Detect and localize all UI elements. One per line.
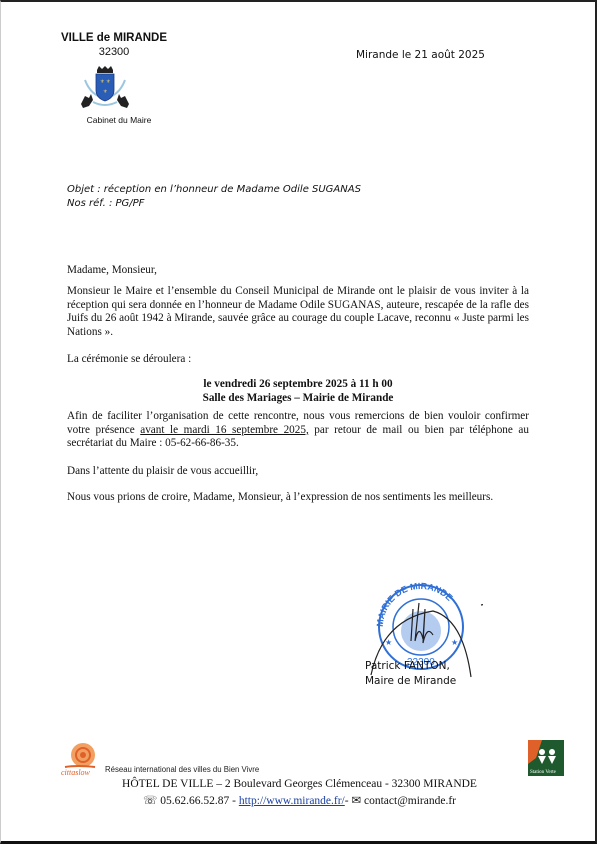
svg-text:⚜: ⚜: [106, 79, 110, 85]
closing-line-2: Nous vous prions de croire, Madame, Mons…: [67, 491, 529, 505]
mail-icon: ✉: [351, 795, 361, 807]
office-name: Cabinet du Maire: [59, 115, 179, 125]
town-name: VILLE de MIRANDE: [59, 32, 169, 44]
subject-line: Objet : réception en l’honneur de Madame…: [67, 183, 361, 197]
website-link[interactable]: http://www.mirande.fr/: [239, 795, 345, 807]
svg-text:★: ★: [451, 638, 458, 647]
reference-line: Nos réf. : PG/PF: [67, 197, 361, 211]
station-verte-logo-icon: Station Verte: [528, 740, 564, 776]
ceremony-intro: La cérémonie se déroulera :: [67, 353, 529, 367]
paragraph-rsvp: Afin de faciliter l’organisation de cett…: [67, 410, 529, 451]
signatory-title: Maire de Mirande: [365, 674, 456, 689]
footer-phone: 05.62.66.52.87: [160, 795, 229, 807]
cittaslow-snail-icon: cittaslow: [61, 737, 101, 775]
footer-contact: ☏ 05.62.66.52.87 - http://www.mirande.fr…: [1, 793, 597, 807]
town-postcode: 32300: [59, 46, 169, 58]
salutation: Madame, Monsieur,: [67, 264, 529, 278]
closing-line-1: Dans l’attente du plaisir de vous accuei…: [67, 465, 529, 479]
letter-page: VILLE de MIRANDE 32300 ⚜ ⚜ ⚜ Cabinet du …: [0, 0, 597, 844]
footer-email[interactable]: contact@mirande.fr: [364, 795, 456, 807]
signatory-name: Patrick FANTON,: [365, 659, 456, 674]
footer-address: HÔTEL DE VILLE – 2 Boulevard Georges Clé…: [1, 778, 597, 790]
subject-block: Objet : réception en l’honneur de Madame…: [67, 183, 361, 211]
svg-text:Station Verte: Station Verte: [530, 770, 557, 775]
event-date: le vendredi 26 septembre 2025 à 11 h 00: [67, 377, 529, 391]
footer-separator: -: [229, 795, 239, 807]
svg-text:⚜: ⚜: [100, 79, 104, 85]
signature-block: Patrick FANTON, Maire de Mirande: [365, 659, 456, 689]
paragraph-invitation: Monsieur le Maire et l’ensemble du Conse…: [67, 285, 529, 339]
event-place: Salle des Mariages – Mairie de Mirande: [67, 391, 529, 405]
network-text: Réseau international des villes du Bien …: [105, 765, 259, 774]
phone-icon: ☏: [143, 795, 157, 807]
coat-of-arms-icon: ⚜ ⚜ ⚜: [77, 66, 133, 112]
svg-text:⚜: ⚜: [103, 89, 107, 95]
date-line: Mirande le 21 août 2025: [356, 49, 485, 61]
svg-text:cittaslow: cittaslow: [61, 768, 91, 775]
rsvp-deadline: avant le mardi 16 septembre 2025,: [140, 424, 309, 436]
